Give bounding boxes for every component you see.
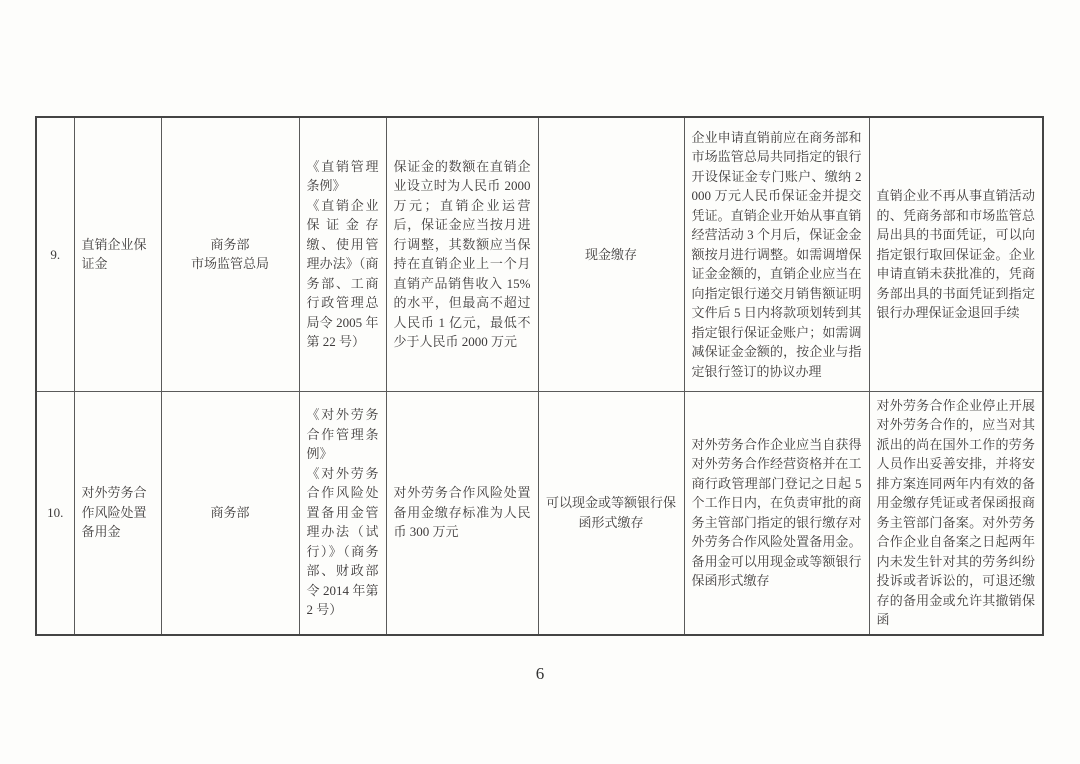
cell-refund-procedure: 对外劳务合作企业停止开展对外劳务合作的，应当对其派出的尚在国外工作的劳务人员作出… [869, 391, 1043, 635]
cell-department: 商务部 市场监管总局 [161, 117, 299, 391]
cell-deposit-form: 现金缴存 [538, 117, 684, 391]
cell-deposit-procedure: 企业申请直销前应在商务部和市场监管总局共同指定的银行开设保证金专门账户、缴纳 2… [684, 117, 869, 391]
cell-row-number: 10. [36, 391, 74, 635]
cell-deposit-procedure: 对外劳务合作企业应当自获得对外劳务合作经营资格并在工商行政管理部门登记之日起 5… [684, 391, 869, 635]
cell-legal-basis: 《直销管理条例》 《直销企业保 证 金 存缴、使用管理办法》（商务部、工商行政管… [299, 117, 386, 391]
deposit-regulations-table: 9. 直销企业保证金 商务部 市场监管总局 《直销管理条例》 《直销企业保 证 … [35, 116, 1044, 636]
page-number: 6 [0, 664, 1080, 684]
cell-item-name: 对外劳务合作风险处置备用金 [74, 391, 161, 635]
cell-legal-basis: 《对外劳务合作管理条例》 《对外劳务合作风险处置备用金管理办法（试行）》（商务部… [299, 391, 386, 635]
cell-deposit-standard: 保证金的数额在直销企业设立时为人民币 2000 万元；直销企业运营后，保证金应当… [386, 117, 538, 391]
cell-deposit-form: 可以现金或等额银行保函形式缴存 [538, 391, 684, 635]
cell-refund-procedure: 直销企业不再从事直销活动的、凭商务部和市场监管总局出具的书面凭证，可以向指定银行… [869, 117, 1043, 391]
cell-deposit-standard: 对外劳务合作风险处置备用金缴存标准为人民币 300 万元 [386, 391, 538, 635]
table-row: 9. 直销企业保证金 商务部 市场监管总局 《直销管理条例》 《直销企业保 证 … [36, 117, 1043, 391]
table-row: 10. 对外劳务合作风险处置备用金 商务部 《对外劳务合作管理条例》 《对外劳务… [36, 391, 1043, 635]
cell-department: 商务部 [161, 391, 299, 635]
cell-row-number: 9. [36, 117, 74, 391]
cell-item-name: 直销企业保证金 [74, 117, 161, 391]
document-page: 9. 直销企业保证金 商务部 市场监管总局 《直销管理条例》 《直销企业保 证 … [0, 0, 1080, 764]
